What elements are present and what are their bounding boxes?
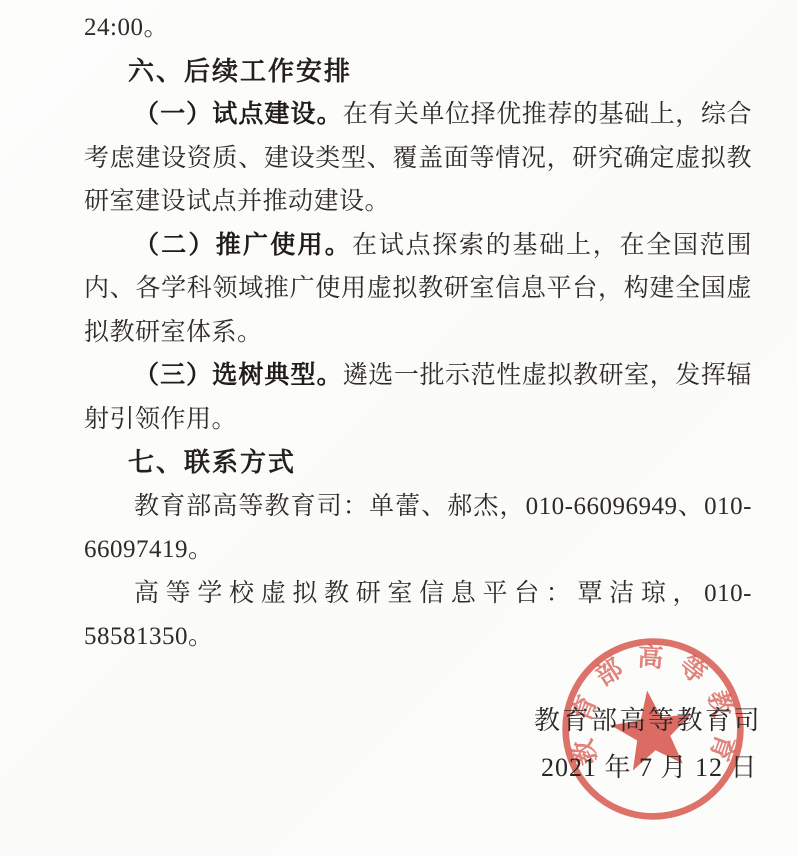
paragraph-contact-dept: 教育部高等教育司：单蕾、郝杰，010-66096949、010-66097419…: [84, 485, 752, 572]
paragraph-label: （一）试点建设。: [134, 100, 343, 128]
section-heading-followup-work: 六、后续工作安排: [84, 50, 752, 94]
paragraph-pilot-construction: （一）试点建设。在有关单位择优推荐的基础上，综合考虑建设资质、建设类型、覆盖面等…: [84, 93, 752, 224]
paragraph-label: （三）选树典型。: [134, 361, 343, 389]
document-page: 24:00。 六、后续工作安排 （一）试点建设。在有关单位择优推荐的基础上，综合…: [0, 0, 797, 856]
paragraph-text: 教育部高等教育司：单蕾、郝杰，010-66096949、010-66097419…: [84, 493, 752, 564]
paragraph-label: （二）推广使用。: [134, 231, 352, 259]
section-heading-contact: 七、联系方式: [84, 441, 752, 485]
signature-org: 教育部高等教育司: [534, 700, 762, 737]
intro-line: 24:00。: [84, 6, 752, 50]
document-body: 24:00。 六、后续工作安排 （一）试点建设。在有关单位择优推荐的基础上，综合…: [84, 6, 752, 659]
paragraph-promotion-use: （二）推广使用。在试点探索的基础上，在全国范围内、各学科领域推广使用虚拟教研室信…: [84, 224, 752, 355]
paragraph-select-models: （三）选树典型。遴选一批示范性虚拟教研室，发挥辐射引领作用。: [84, 354, 752, 441]
signature-date: 2021 年 7 月 12 日: [541, 747, 758, 784]
